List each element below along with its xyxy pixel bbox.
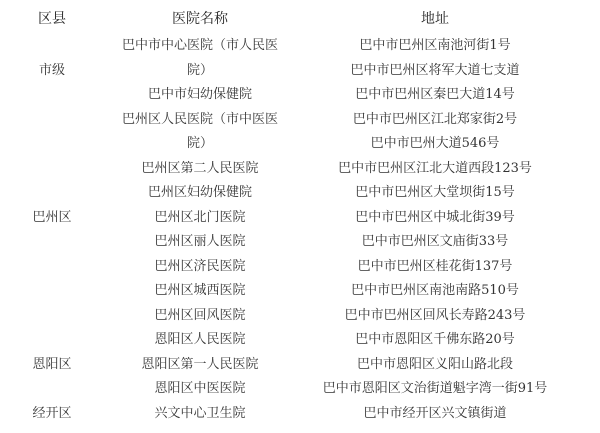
table-row: 巴州区人民医院（市中医医巴中市巴州区江北郑家街2号 — [0, 108, 600, 132]
cell-address: 巴中市经开区兴文镇街道 — [300, 402, 570, 426]
header-hospital: 医院名称 — [100, 7, 300, 31]
table-row: 市级院）巴中市巴州区将军大道七支道 — [0, 59, 600, 83]
table-row: 恩阳区恩阳区第一人民医院巴中市恩阳区义阳山路北段 — [0, 353, 600, 377]
cell-address: 巴中市恩阳区文治街道魁字湾一街91号 — [300, 377, 570, 401]
table-row: 巴州区妇幼保健院巴中市巴州区大堂坝街15号 — [0, 181, 600, 205]
cell-hospital: 巴州区城西医院 — [100, 279, 300, 303]
cell-hospital: 院） — [100, 132, 300, 156]
cell-hospital: 巴中市妇幼保健院 — [100, 83, 300, 107]
cell-district: 恩阳区 — [24, 353, 80, 377]
cell-hospital: 恩阳区人民医院 — [100, 328, 300, 352]
cell-hospital: 巴州区妇幼保健院 — [100, 181, 300, 205]
cell-hospital: 恩阳区中医医院 — [100, 377, 300, 401]
cell-hospital: 巴州区人民医院（市中医医 — [100, 108, 300, 132]
table-row: 巴州区济民医院巴中市巴州区桂花街137号 — [0, 255, 600, 279]
cell-address: 巴中市巴州区秦巴大道14号 — [300, 83, 570, 107]
cell-address: 巴中市巴州区南池河街1号 — [300, 34, 570, 58]
cell-hospital: 巴中市中心医院（市人民医 — [100, 34, 300, 58]
cell-district: 经开区 — [24, 402, 80, 426]
header-district: 区县 — [24, 7, 80, 31]
table-row: 院）巴中市巴州大道546号 — [0, 132, 600, 156]
cell-hospital: 恩阳区第一人民医院 — [100, 353, 300, 377]
table-row: 巴州区城西医院巴中市巴州区南池南路510号 — [0, 279, 600, 303]
table-row: 巴中市中心医院（市人民医巴中市巴州区南池河街1号 — [0, 34, 600, 58]
cell-address: 巴中市恩阳区千佛东路20号 — [300, 328, 570, 352]
cell-address: 巴中市巴州区南池南路510号 — [300, 279, 570, 303]
cell-hospital: 巴州区济民医院 — [100, 255, 300, 279]
table-row: 巴州区第二人民医院巴中市巴州区江北大道西段123号 — [0, 157, 600, 181]
cell-district: 市级 — [24, 59, 80, 83]
cell-address: 巴中市巴州区将军大道七支道 — [300, 59, 570, 83]
cell-address: 巴中市巴州区江北大道西段123号 — [300, 157, 570, 181]
table-row: 恩阳区中医医院巴中市恩阳区文治街道魁字湾一街91号 — [0, 377, 600, 401]
cell-address: 巴中市巴州区回风长寿路243号 — [300, 304, 570, 328]
header-address: 地址 — [300, 7, 570, 31]
table-row: 经开区兴文中心卫生院巴中市经开区兴文镇街道 — [0, 402, 600, 426]
cell-address: 巴中市巴州区文庙街33号 — [300, 230, 570, 254]
cell-hospital: 巴州区丽人医院 — [100, 230, 300, 254]
cell-hospital: 院） — [100, 59, 300, 83]
table-row: 巴中市妇幼保健院巴中市巴州区秦巴大道14号 — [0, 83, 600, 107]
cell-hospital: 兴文中心卫生院 — [100, 402, 300, 426]
table-row: 巴州区回风医院巴中市巴州区回风长寿路243号 — [0, 304, 600, 328]
cell-district: 巴州区 — [24, 206, 80, 230]
cell-hospital: 巴州区回风医院 — [100, 304, 300, 328]
table-header: 区县 医院名称 地址 — [0, 7, 600, 31]
cell-hospital: 巴州区第二人民医院 — [100, 157, 300, 181]
cell-address: 巴中市巴州区桂花街137号 — [300, 255, 570, 279]
table-row: 恩阳区人民医院巴中市恩阳区千佛东路20号 — [0, 328, 600, 352]
cell-address: 巴中市巴州区江北郑家街2号 — [300, 108, 570, 132]
table-row: 巴州区巴州区北门医院巴中市巴州区中城北街39号 — [0, 206, 600, 230]
cell-hospital: 巴州区北门医院 — [100, 206, 300, 230]
cell-address: 巴中市巴州区中城北街39号 — [300, 206, 570, 230]
cell-address: 巴中市恩阳区义阳山路北段 — [300, 353, 570, 377]
cell-address: 巴中市巴州大道546号 — [300, 132, 570, 156]
table-row: 巴州区丽人医院巴中市巴州区文庙街33号 — [0, 230, 600, 254]
cell-address: 巴中市巴州区大堂坝街15号 — [300, 181, 570, 205]
